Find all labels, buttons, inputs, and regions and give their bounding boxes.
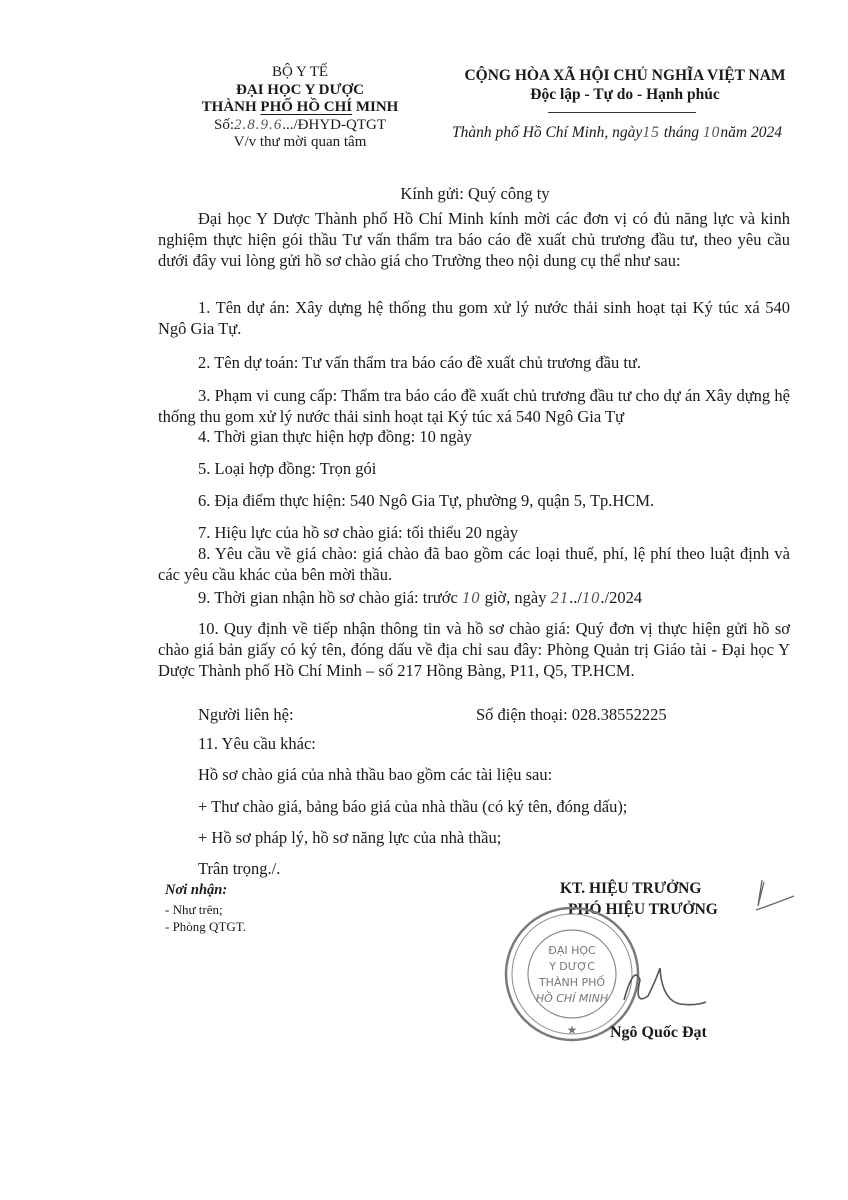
other-requirements-intro: Hồ sơ chào giá của nhà thầu bao gồm các …: [198, 764, 552, 785]
national-header: CỘNG HÒA XÃ HỘI CHỦ NGHĨA VIỆT NAM Độc l…: [440, 66, 810, 104]
closing: Trân trọng./.: [198, 858, 280, 879]
requirement-item: + Hồ sơ pháp lý, hồ sơ năng lực của nhà …: [198, 827, 501, 848]
item-8: 8. Yêu cầu về giá chào: giá chào đã bao …: [158, 543, 790, 585]
issuer-block: BỘ Y TẾ ĐẠI HỌC Y DƯỢC THÀNH PHỐ HỒ CHÍ …: [150, 64, 450, 152]
nation-title: CỘNG HÒA XÃ HỘI CHỦ NGHĨA VIỆT NAM: [440, 66, 810, 85]
item-3: 3. Phạm vi cung cấp: Thẩm tra báo cáo đề…: [158, 385, 790, 427]
svg-text:★: ★: [567, 1023, 578, 1037]
org-name-line1: ĐẠI HỌC Y DƯỢC: [150, 82, 450, 100]
svg-text:Y DƯỢC: Y DƯỢC: [548, 960, 595, 973]
requirement-item: + Thư chào giá, bảng báo giá của nhà thầ…: [198, 796, 627, 817]
document-subject: V/v thư mời quan tâm: [150, 134, 450, 152]
item-5: 5. Loại hợp đồng: Trọn gói: [198, 458, 376, 479]
handwritten-number: 2.8.9.6: [234, 117, 282, 133]
contact-phone: Số điện thoại: 028.38552225: [476, 704, 667, 725]
signer-title-line1: KT. HIỆU TRƯỞNG: [560, 880, 701, 898]
item-4: 4. Thời gian thực hiện hợp đồng: 10 ngày: [198, 426, 472, 447]
svg-text:HỒ CHÍ MINH: HỒ CHÍ MINH: [536, 991, 608, 1005]
national-motto: Độc lập - Tự do - Hạnh phúc: [440, 85, 810, 104]
ministry-name: BỘ Y TẾ: [150, 64, 450, 82]
handwritten-signature-icon: [620, 960, 710, 1020]
contact-person: Người liên hệ:: [198, 704, 294, 725]
item-1: 1. Tên dự án: Xây dựng hệ thống thu gom …: [158, 297, 790, 339]
svg-text:THÀNH PHỐ: THÀNH PHỐ: [538, 975, 605, 989]
motto-underline: [548, 112, 696, 113]
item-2: 2. Tên dự toán: Tư vấn thẩm tra báo cáo …: [158, 352, 790, 373]
item-10: 10. Quy định về tiếp nhận thông tin và h…: [158, 618, 790, 681]
other-requirements-title: 11. Yêu cầu khác:: [198, 733, 316, 754]
date-line: Thành phố Hồ Chí Minh, ngày15 tháng 10nă…: [452, 124, 782, 142]
recipients-title: Nơi nhận:: [165, 882, 227, 899]
item-7: 7. Hiệu lực của hồ sơ chào giá: tối thiể…: [198, 522, 518, 543]
intro-paragraph: Đại học Y Dược Thành phố Hồ Chí Minh kín…: [158, 208, 790, 271]
item-9: 9. Thời gian nhận hồ sơ chào giá: trước …: [198, 587, 642, 608]
recipient-item: - Như trên;: [165, 902, 223, 918]
document-number: Số:2.8.9.6.../ĐHYD-QTGT: [150, 117, 450, 135]
initial-mark-icon: [748, 876, 798, 920]
item-6: 6. Địa điểm thực hiện: 540 Ngô Gia Tự, p…: [198, 490, 654, 511]
salutation: Kính gửi: Quý công ty: [150, 184, 800, 204]
recipient-item: - Phòng QTGT.: [165, 919, 246, 935]
signer-name: Ngô Quốc Đạt: [610, 1024, 707, 1042]
org-name-line2: THÀNH PHỐ HỒ CHÍ MINH: [150, 99, 450, 117]
svg-text:ĐẠI HỌC: ĐẠI HỌC: [548, 944, 596, 957]
